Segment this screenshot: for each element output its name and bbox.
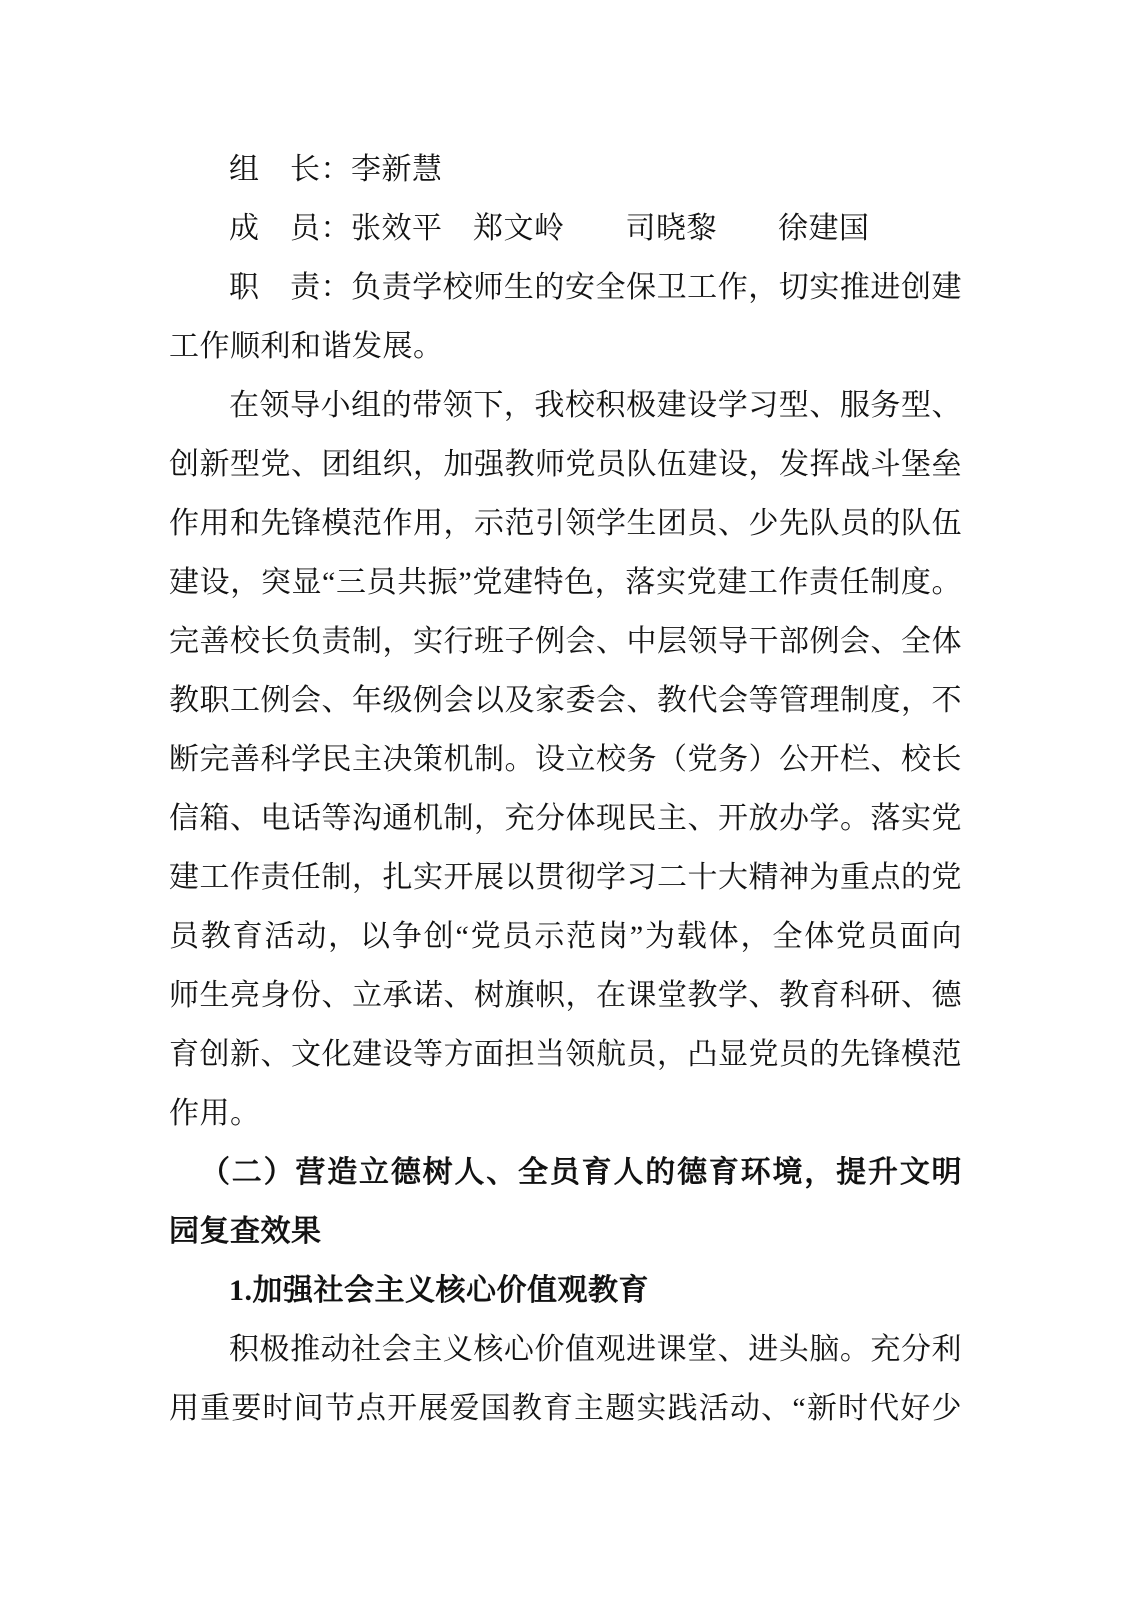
members-line: 成 员：张效平 郑文岭 司晓黎 徐建国 (169, 199, 962, 258)
document-body: 组 长：李新慧 成 员：张效平 郑文岭 司晓黎 徐建国 职 责：负责学校师生的安… (169, 140, 962, 1438)
subsection-heading: 1.加强社会主义核心价值观教育 (169, 1261, 962, 1320)
paragraph-line: 信箱、电话等沟通机制，充分体现民主、开放办学。落实党 (169, 789, 962, 848)
paragraph-line: 用重要时间节点开展爱国教育主题实践活动、“新时代好少 (169, 1379, 962, 1438)
paragraph-line: 断完善科学民主决策机制。设立校务（党务）公开栏、校长 (169, 730, 962, 789)
document-page: 组 长：李新慧 成 员：张效平 郑文岭 司晓黎 徐建国 职 责：负责学校师生的安… (0, 0, 1131, 1600)
paragraph-line: 师生亮身份、立承诺、树旗帜，在课堂教学、教育科研、德 (169, 966, 962, 1025)
paragraph-line: 积极推动社会主义核心价值观进课堂、进头脑。充分利 (169, 1320, 962, 1379)
paragraph-line: 员教育活动，以争创“党员示范岗”为载体，全体党员面向 (169, 907, 962, 966)
paragraph-line: 创新型党、团组织，加强教师党员队伍建设，发挥战斗堡垒 (169, 435, 962, 494)
paragraph-line: 作用和先锋模范作用，示范引领学生团员、少先队员的队伍 (169, 494, 962, 553)
group-leader-line: 组 长：李新慧 (169, 140, 962, 199)
paragraph-line: 建设，突显“三员共振”党建特色，落实党建工作责任制度。 (169, 553, 962, 612)
duty-line-continued: 工作顺利和谐发展。 (169, 317, 962, 376)
paragraph-line: 教职工例会、年级例会以及家委会、教代会等管理制度，不 (169, 671, 962, 730)
paragraph-line: 建工作责任制，扎实开展以贯彻学习二十大精神为重点的党 (169, 848, 962, 907)
section-heading: （二）营造立德树人、全员育人的德育环境，提升文明校 (169, 1143, 962, 1202)
paragraph-line: 育创新、文化建设等方面担当领航员，凸显党员的先锋模范 (169, 1025, 962, 1084)
paragraph-line: 完善校长负责制，实行班子例会、中层领导干部例会、全体 (169, 612, 962, 671)
duty-line: 职 责：负责学校师生的安全保卫工作，切实推进创建 (169, 258, 962, 317)
section-heading-continued: 园复查效果 (169, 1202, 962, 1261)
paragraph-line: 在领导小组的带领下，我校积极建设学习型、服务型、 (169, 376, 962, 435)
paragraph-line: 作用。 (169, 1084, 962, 1143)
